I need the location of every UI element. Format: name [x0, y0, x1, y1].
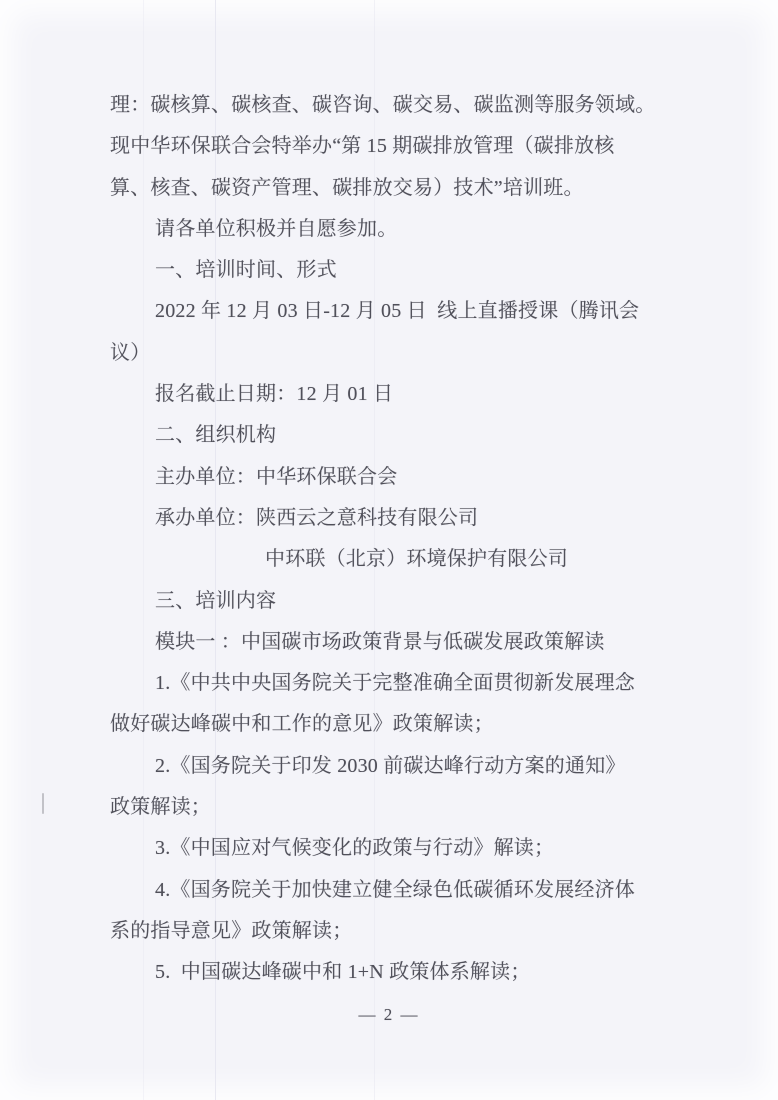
- page-number: — 2 —: [0, 994, 778, 1035]
- text-line: 4.《国务院关于加快建立健全绿色低碳循环发展经济体: [110, 870, 666, 911]
- text-line: 理：碳核算、碳核查、碳咨询、碳交易、碳监测等服务领域。: [110, 85, 666, 126]
- text-line: 政策解读；: [110, 787, 666, 828]
- text-line: 算、核查、碳资产管理、碳排放交易）技术”培训班。: [110, 168, 666, 209]
- text-line: 议）: [110, 333, 666, 374]
- text-line: 做好碳达峰碳中和工作的意见》政策解读；: [110, 704, 666, 745]
- text-line: 报名截止日期：12 月 01 日: [110, 374, 666, 415]
- text-line: 中环联（北京）环境保护有限公司: [110, 539, 666, 580]
- text-line: 二、组织机构: [110, 415, 666, 456]
- scan-artifact-mark: [42, 793, 44, 814]
- document-body: 理：碳核算、碳核查、碳咨询、碳交易、碳监测等服务领域。现中华环保联合会特举办“第…: [110, 85, 666, 994]
- text-line: 现中华环保联合会特举办“第 15 期碳排放管理（碳排放核: [110, 126, 666, 167]
- text-line: 承办单位：陕西云之意科技有限公司: [110, 498, 666, 539]
- text-line: 系的指导意见》政策解读；: [110, 911, 666, 952]
- text-line: 2.《国务院关于印发 2030 前碳达峰行动方案的通知》: [110, 746, 666, 787]
- text-line: 模块一 ：中国碳市场政策背景与低碳发展政策解读: [110, 622, 666, 663]
- text-line: 一、培训时间、形式: [110, 250, 666, 291]
- text-line: 2022 年 12 月 03 日-12 月 05 日 线上直播授课（腾讯会: [110, 291, 666, 332]
- document-page: 理：碳核算、碳核查、碳咨询、碳交易、碳监测等服务领域。现中华环保联合会特举办“第…: [0, 0, 778, 1100]
- text-line: 请各单位积极并自愿参加。: [110, 209, 666, 250]
- text-line: 主办单位：中华环保联合会: [110, 457, 666, 498]
- text-line: 5. 中国碳达峰碳中和 1+N 政策体系解读；: [110, 952, 666, 993]
- text-line: 三、培训内容: [110, 581, 666, 622]
- text-line: 3.《中国应对气候变化的政策与行动》解读；: [110, 828, 666, 869]
- text-line: 1.《中共中央国务院关于完整准确全面贯彻新发展理念: [110, 663, 666, 704]
